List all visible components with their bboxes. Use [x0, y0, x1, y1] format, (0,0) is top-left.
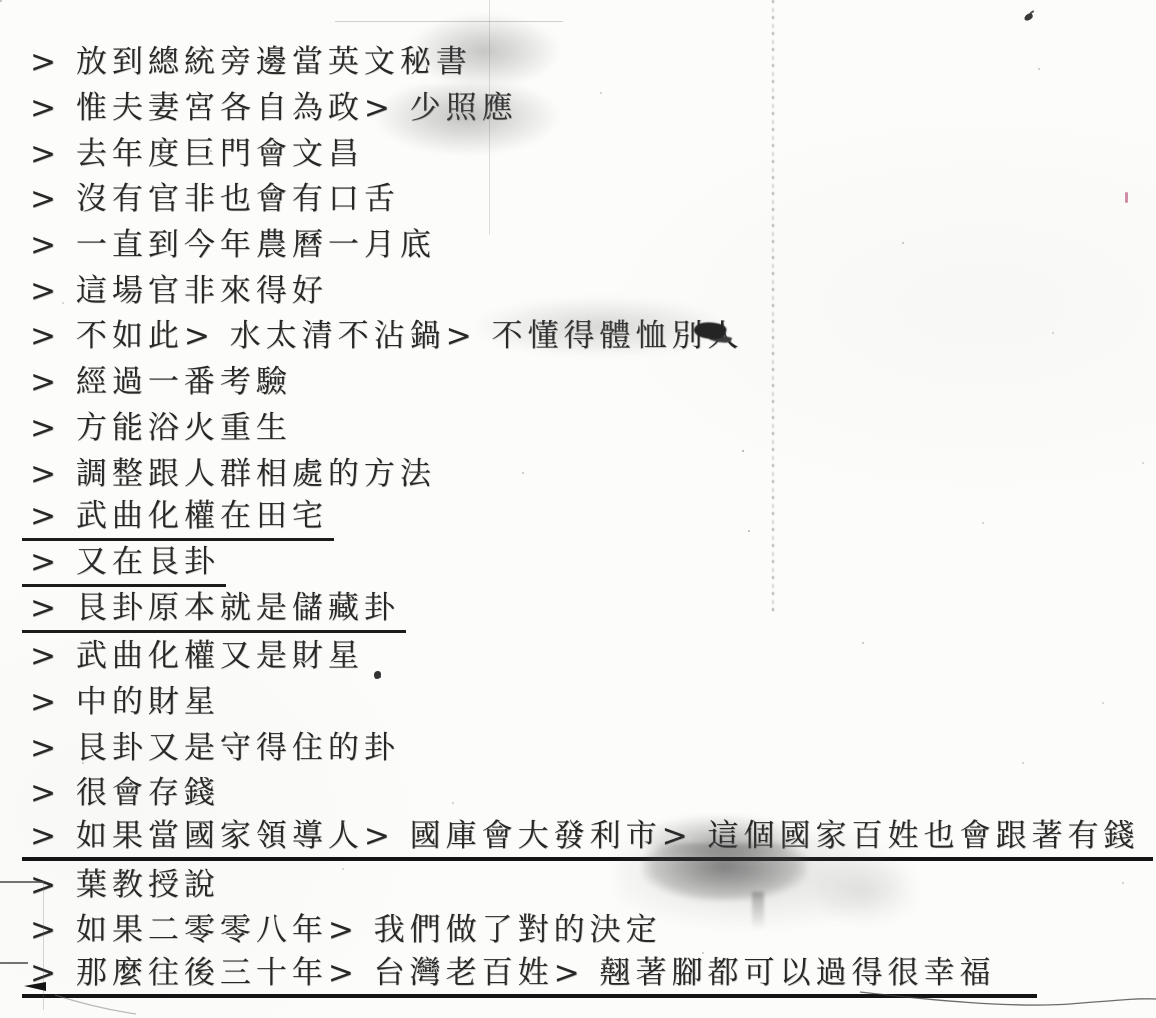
- ink-speck: [1023, 12, 1034, 21]
- quoted-line: > 不如此> 水太清不沾鍋> 不懂得體恤別人: [30, 310, 1156, 356]
- quoted-line: > 很會存錢: [30, 767, 1156, 813]
- quoted-line: > 又在艮卦: [30, 539, 1156, 585]
- quoted-line: > 經過一番考驗: [30, 356, 1156, 402]
- quoted-line-text: > 一直到今年農曆一月底: [22, 219, 442, 264]
- quoted-line-text: > 不如此> 水太清不沾鍋> 不懂得體恤別人: [22, 310, 749, 355]
- quoted-line-text: > 惟夫妻宮各自為政> 少照應: [22, 82, 524, 127]
- paper-specks: [0, 0, 2, 2]
- quoted-line-text: > 很會存錢: [22, 767, 226, 812]
- quoted-line-text: > 又在艮卦: [22, 536, 226, 587]
- quoted-line-text: > 如果二零零八年> 我們做了對的決定: [22, 904, 668, 949]
- quoted-line: > 去年度巨門會文昌: [30, 127, 1156, 173]
- quoted-line: > 如果二零零八年> 我們做了對的決定: [30, 904, 1156, 950]
- quoted-line-text: > 武曲化權在田宅: [22, 490, 334, 541]
- quoted-line-text: > 中的財星: [22, 676, 226, 721]
- quoted-line: > 那麼往後三十年> 台灣老百姓> 翹著腳都可以過得很幸福: [30, 950, 1156, 996]
- quoted-line-text: > 葉教授說: [22, 859, 226, 904]
- quoted-line-text: > 經過一番考驗: [22, 356, 298, 401]
- quoted-line: > 武曲化權在田宅: [30, 493, 1156, 539]
- quoted-line-text: > 方能浴火重生: [22, 402, 298, 447]
- scan-hairline: [335, 21, 563, 22]
- quoted-line-text: > 艮卦原本就是儲藏卦: [22, 582, 406, 633]
- quoted-line: > 放到總統旁邊當英文秘書: [30, 36, 1156, 82]
- quoted-line: > 武曲化權又是財星: [30, 630, 1156, 676]
- quoted-text-block: > 放到總統旁邊當英文秘書 > 惟夫妻宮各自為政> 少照應 > 去年度巨門會文昌…: [30, 36, 1156, 995]
- scanned-document-page: > 放到總統旁邊當英文秘書 > 惟夫妻宮各自為政> 少照應 > 去年度巨門會文昌…: [0, 0, 1156, 1018]
- quoted-line-text: > 沒有官非也會有口舌: [22, 173, 406, 218]
- quoted-line: > 這場官非來得好: [30, 264, 1156, 310]
- quoted-line-text: > 如果當國家領導人> 國庫會大發利市> 這個國家百姓也會跟著有錢: [22, 810, 1153, 861]
- quoted-line: > 葉教授說: [30, 858, 1156, 904]
- quoted-line-text: > 艮卦又是守得住的卦: [22, 722, 406, 767]
- quoted-line: > 艮卦又是守得住的卦: [30, 721, 1156, 767]
- quoted-line: > 惟夫妻宮各自為政> 少照應: [30, 82, 1156, 128]
- quoted-line-text: > 這場官非來得好: [22, 265, 334, 310]
- quoted-line: > 一直到今年農曆一月底: [30, 219, 1156, 265]
- quoted-line-text: > 調整跟人群相處的方法: [22, 448, 442, 493]
- quoted-line: > 中的財星: [30, 676, 1156, 722]
- quoted-line-text: > 武曲化權又是財星: [22, 630, 370, 675]
- quoted-line: > 如果當國家領導人> 國庫會大發利市> 這個國家百姓也會跟著有錢: [30, 813, 1156, 859]
- quoted-line: > 沒有官非也會有口舌: [30, 173, 1156, 219]
- quoted-line: > 方能浴火重生: [30, 402, 1156, 448]
- quoted-line-text: > 那麼往後三十年> 台灣老百姓> 翹著腳都可以過得很幸福: [22, 947, 1037, 998]
- quoted-line-text: > 去年度巨門會文昌: [22, 128, 370, 173]
- quoted-line-text: > 放到總統旁邊當英文秘書: [22, 36, 478, 81]
- quoted-line: > 調整跟人群相處的方法: [30, 447, 1156, 493]
- quoted-line: > 艮卦原本就是儲藏卦: [30, 584, 1156, 630]
